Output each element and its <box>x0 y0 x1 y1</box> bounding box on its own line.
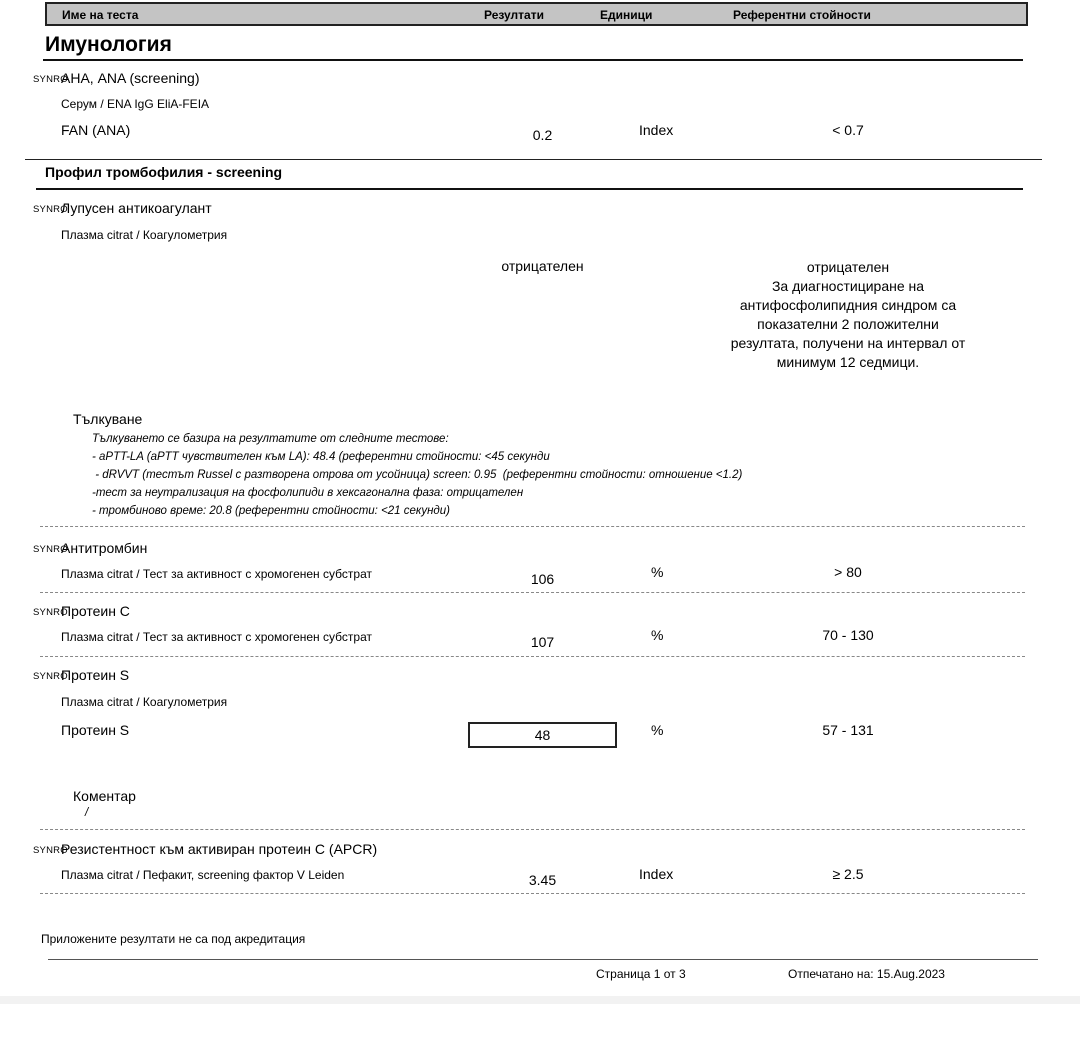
test-reference-block: отрицателен За диагностициране на антифо… <box>700 258 996 372</box>
test-subname: Протеин S <box>61 722 129 738</box>
test-result: 106 <box>468 571 617 587</box>
column-header-reference: Референтни стойности <box>733 8 871 22</box>
column-header-name: Име на теста <box>62 8 138 22</box>
test-method: Плазма citrat / Коагулометрия <box>61 695 227 709</box>
test-result: 107 <box>468 634 617 650</box>
column-header-result: Резултати <box>484 8 544 22</box>
section-divider <box>43 59 1023 61</box>
test-units: Index <box>639 866 673 882</box>
divider <box>25 159 1042 160</box>
test-reference: > 80 <box>700 564 996 580</box>
test-method: Плазма citrat / Тест за активност с хром… <box>61 567 372 581</box>
test-subname: FAN (ANA) <box>61 122 130 138</box>
comment-text: / <box>85 807 88 819</box>
dashed-divider <box>40 592 1025 593</box>
column-header-units: Единици <box>600 8 652 22</box>
test-name: Лупусен антикоагулант <box>61 200 212 216</box>
test-name: Антитромбин <box>61 540 147 556</box>
test-reference: < 0.7 <box>700 122 996 138</box>
page-number: Страница 1 от 3 <box>596 967 686 981</box>
section-divider <box>36 188 1023 190</box>
comment-label: Коментар <box>73 788 136 804</box>
test-result: 3.45 <box>468 872 617 888</box>
print-date: Отпечатано на: 15.Aug.2023 <box>788 967 945 981</box>
test-name: Протеин C <box>61 603 130 619</box>
test-result: 0.2 <box>468 127 617 143</box>
section-title-immunology: Имунология <box>45 33 172 57</box>
test-method: Плазма citrat / Тест за активност с хром… <box>61 630 372 644</box>
test-result: отрицателен <box>468 258 617 274</box>
interpretation-label: Тълкуване <box>73 411 142 427</box>
test-units: % <box>651 722 663 738</box>
test-units: % <box>651 627 663 643</box>
test-units: % <box>651 564 663 580</box>
test-reference: 57 - 131 <box>700 722 996 738</box>
dashed-divider <box>40 829 1025 830</box>
page-gap <box>0 996 1080 1004</box>
dashed-divider <box>40 526 1025 527</box>
test-name: Протеин S <box>61 667 129 683</box>
test-method: Плазма citrat / Коагулометрия <box>61 228 227 242</box>
test-method: Серум / ENA IgG EliA-FEIA <box>61 97 209 111</box>
test-method: Плазма citrat / Пефакит, screening факто… <box>61 868 344 882</box>
test-name: Резистентност към активиран протеин C (A… <box>61 841 377 857</box>
test-reference: ≥ 2.5 <box>700 866 996 882</box>
dashed-divider <box>40 893 1025 894</box>
test-result-flagged: 48 <box>468 727 617 743</box>
footer-divider <box>48 959 1038 960</box>
table-header: Име на теста Резултати Единици Референтн… <box>45 2 1028 26</box>
test-reference: 70 - 130 <box>700 627 996 643</box>
test-name: АНА, ANA (screening) <box>61 70 200 86</box>
section-title-thrombophilia: Профил тромбофилия - screening <box>45 164 282 180</box>
accreditation-note: Приложените резултати не са под акредита… <box>41 932 305 946</box>
test-units: Index <box>639 122 673 138</box>
dashed-divider <box>40 656 1025 657</box>
